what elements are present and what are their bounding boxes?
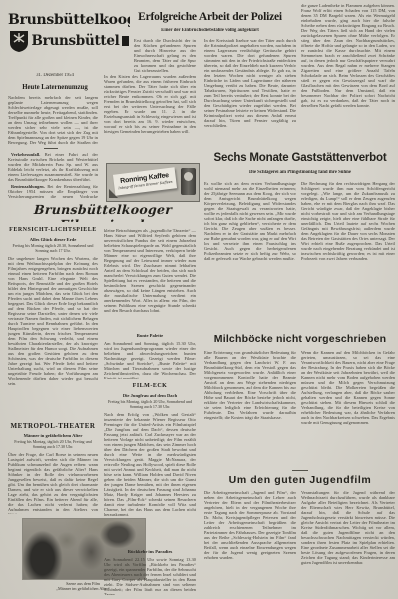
fernsicht-review-continued: kleine Betrachtungen als „jugendliche Tä…: [104, 228, 196, 330]
gaststaette-headline: Sechs Monate Gaststättenverbot: [202, 152, 398, 168]
laternen-heading: Heute Laternenumzug: [8, 84, 102, 93]
metropol-review: Über der Frage, die Carl Boese in seinem…: [8, 452, 98, 514]
gaststaette-column-b: Die Rechnung für den rechtswidrigen Herg…: [301, 181, 395, 329]
filmeck-film-title: Die Jungfrau auf dem Dach: [104, 393, 196, 399]
town-crest-icon: [9, 30, 29, 53]
polizei-column-a1: Erst durch die Durchsicht der in den Küc…: [134, 38, 196, 72]
fernsicht-showtimes: Freitag bis Montag täglich 20.30, Sonnab…: [8, 244, 98, 254]
filmeck-showtimes: Freitag bis Montag, täglich 20 Uhr, Sonn…: [104, 400, 196, 410]
milch-column-b: Wenn die Kannen auf den Milchböcken in G…: [301, 350, 395, 468]
fernsicht-film-title: Alles Glück dieser Erde: [8, 237, 98, 243]
newspaper-page: Brunsbüttelkoog Brunsbüttel 31. Dezember…: [0, 0, 398, 599]
gaststaette-column-a: Es wollte sich an dem ersten Verhandlung…: [204, 181, 296, 329]
brief-text: Bei einer Fahrt auf der Kreisstraße zwis…: [8, 152, 98, 182]
metropol-showtimes: Freitag bis Montag, täglich 20 Uhr, Frei…: [8, 440, 98, 450]
polizei-headline: Erfolgreiche Arbeit der Polizei: [118, 11, 302, 26]
coffee-tin-icon: [181, 168, 196, 195]
milch-column-a: Eine Erörterung von grundsätzlicher Bede…: [204, 350, 296, 468]
jugendfilm-headline: Um den guten Jugendfilm: [202, 474, 398, 487]
polizei-column-a2: In den Kisten des Lagerraums wurden auße…: [104, 74, 196, 160]
issue-date: 31. Dezember 1954: [8, 73, 102, 81]
section-divider: [292, 470, 308, 471]
fernsicht-cinema-name: FERNSICHT-LICHTSPIELE: [8, 227, 98, 235]
masthead: Brunsbüttelkoog Brunsbüttel: [8, 13, 130, 71]
ad-card: Ronning Kaffee Inbegriff feinen Bremer K…: [113, 167, 177, 195]
masthead-ornament-icon: [122, 36, 129, 46]
filmeck-review: Nach dem Erfolg von „Wolken und Gestalt“…: [104, 412, 196, 546]
section-divider: [44, 148, 58, 149]
fernsicht-review: Die ungeheuer langen Wochen des Wartens,…: [8, 256, 98, 418]
masthead-title-line1: Brunsbüttelkoog: [8, 13, 130, 28]
brief-item: Rentenzahlungen. Bei der Rentenzahlung f…: [8, 184, 98, 200]
news-briefs: Verkehrsunfall. Bei einer Fahrt auf der …: [8, 152, 98, 200]
filmeck-cinema-name: FILM-ECK: [104, 383, 196, 391]
jugendfilm-column-b: Veranstaltungen für die Jugend während d…: [301, 490, 395, 596]
rueckkehr-text: Am Sonnabend 22.15 Uhr sowie Sonntag 13.…: [104, 557, 196, 595]
brief-item: Verkehrsunfall. Bei einer Fahrt auf der …: [8, 152, 98, 182]
jugendfilm-column-a: Die Arbeitsgemeinschaft „Jugend und Film…: [204, 490, 296, 596]
polizei-column-c: die ganze Ladentheke in Flammen aufgehen…: [301, 3, 395, 148]
gaststaette-subhead: Die Schlägerei am Pfingstmontag fand ihr…: [202, 170, 398, 177]
metropol-cinema-name: METROPOL-THEATER: [8, 422, 98, 431]
bunte-palette-text: Am Sonnabend und Sonntag, täglich 15.30 …: [104, 341, 196, 379]
milch-headline: Milchböcke nicht vorgeschrieben: [202, 333, 398, 347]
polizei-subhead: Einer der Einbruchsdiebstähle völlig auf…: [118, 28, 302, 35]
filmspiegel-title: Brunsbüttelkooger Filmspiegel: [13, 202, 192, 222]
rueckkehr-title: Rückkehr ins Paradies: [104, 549, 196, 555]
bunte-palette-title: Bunte Palette: [104, 333, 196, 339]
metropol-film-title: Männer in gefährlichem Alter: [8, 433, 98, 439]
polizei-column-b: In der Kreisstadt Itzehoe war der Täter …: [204, 38, 296, 150]
ronning-kaffee-ad: Ronning Kaffee Inbegriff feinen Bremer K…: [106, 163, 200, 202]
laternen-body: Nachdem bereits mehrfach der seit langem…: [8, 95, 98, 145]
masthead-title-line2: Brunsbüttel: [32, 34, 120, 48]
